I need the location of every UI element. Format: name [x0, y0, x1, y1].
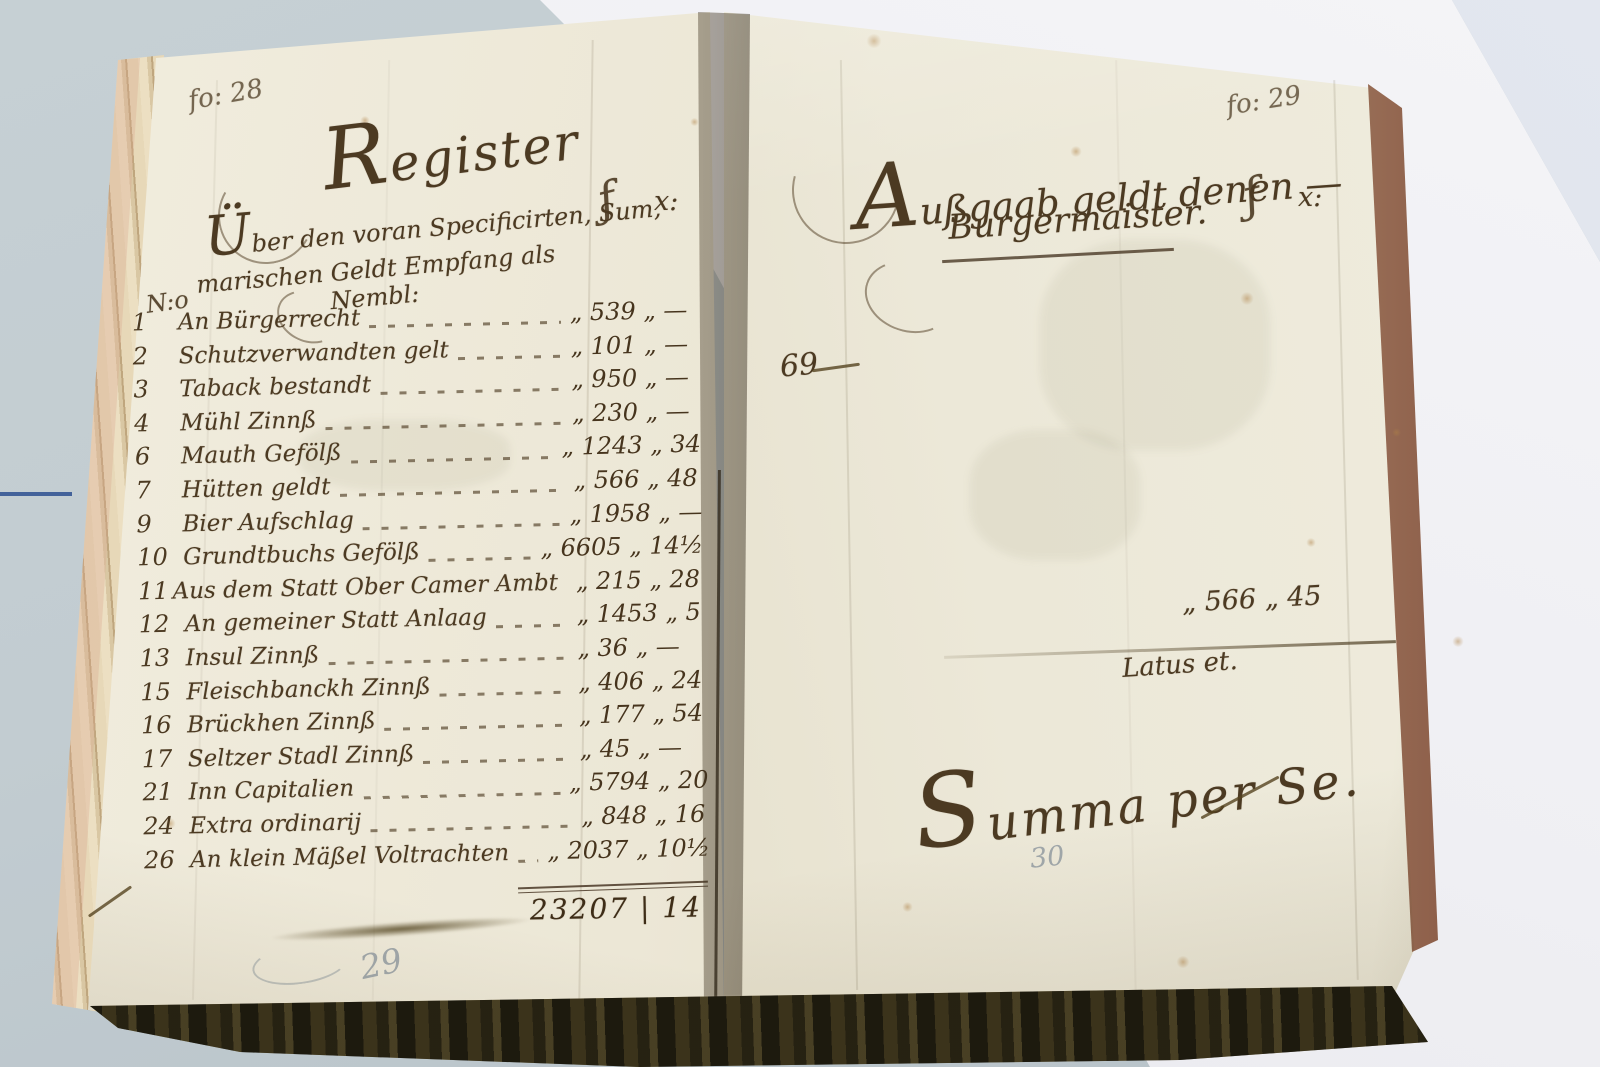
- table-blue-line: [0, 492, 72, 496]
- foxing-spot: [1452, 636, 1464, 647]
- foxing-spot: [1392, 428, 1401, 437]
- manuscript-photo: fo: 28 Register Über den voran Specifici…: [0, 0, 1600, 1067]
